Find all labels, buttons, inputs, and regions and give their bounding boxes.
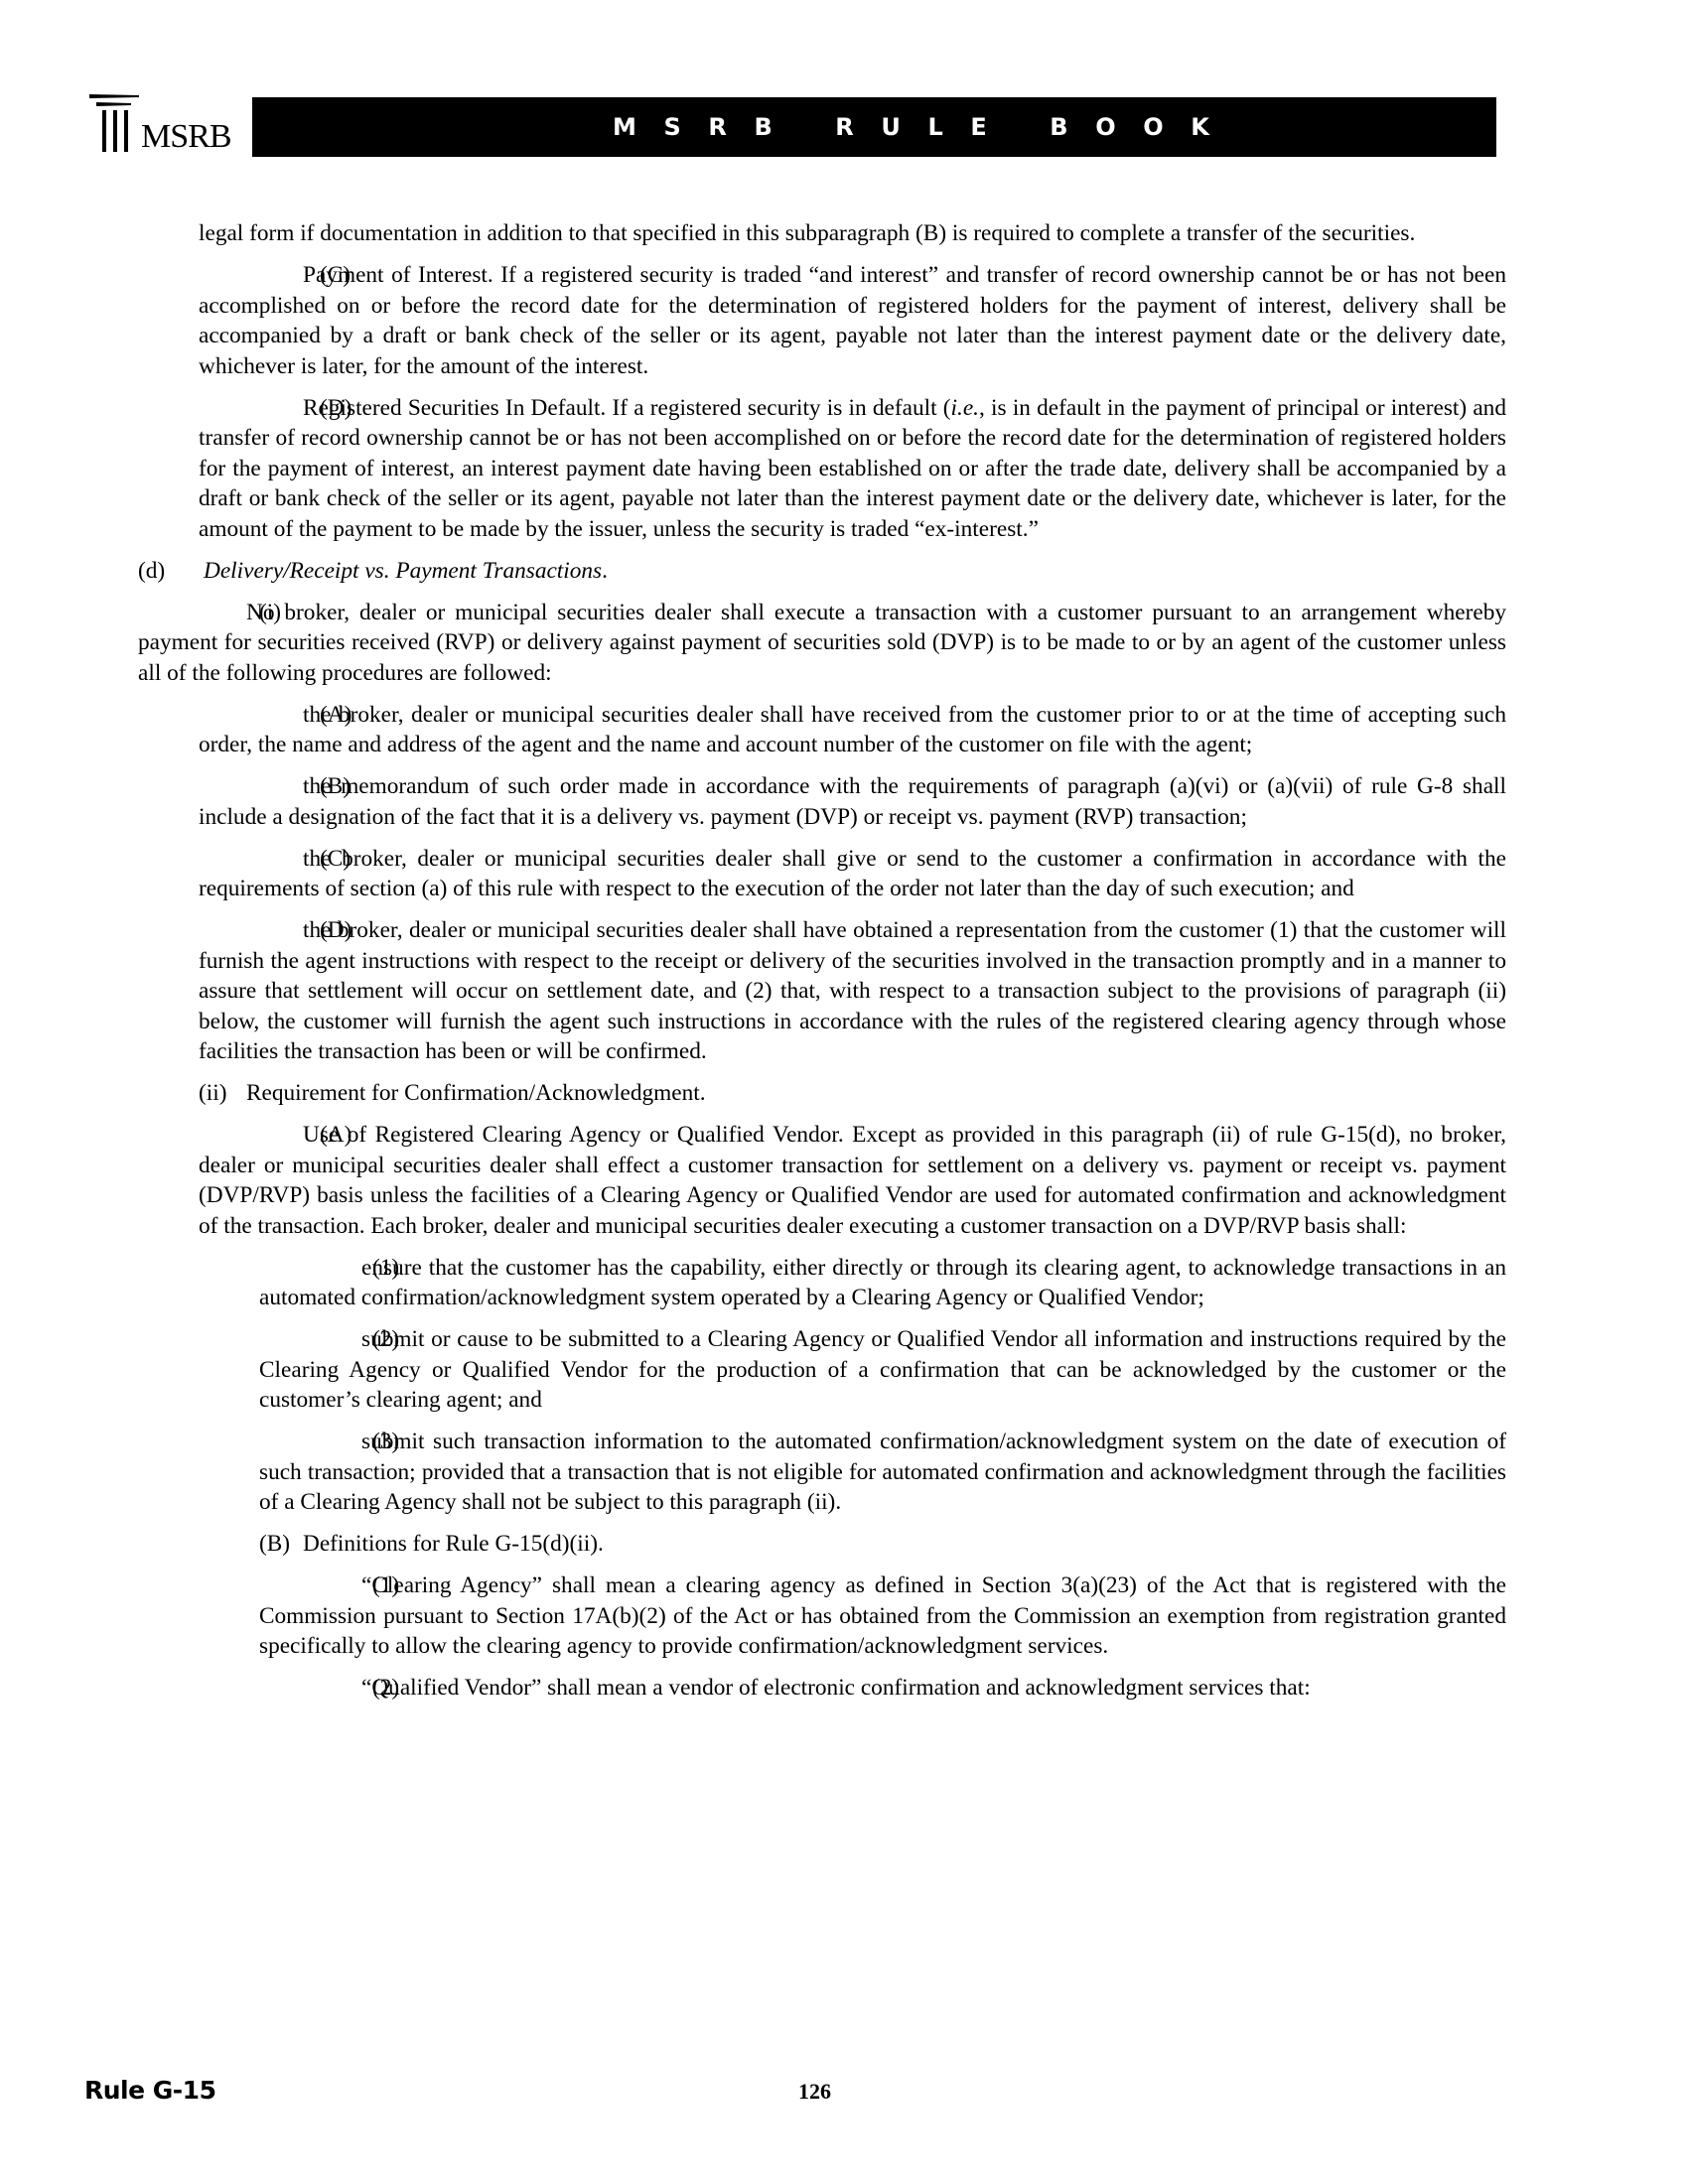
paragraph-label: (D) — [259, 915, 303, 946]
paragraph-text: “Clearing Agency” shall mean a clearing … — [259, 1572, 1506, 1659]
paragraph-text: legal form if documentation in addition … — [199, 220, 1415, 246]
paragraph-text: ensure that the customer has the capabil… — [259, 1255, 1506, 1311]
section-label: (d) — [138, 556, 204, 587]
paragraph-label: (B) — [259, 771, 303, 802]
section-title-period: . — [602, 558, 608, 584]
column-icon — [87, 92, 141, 154]
footer-rule-label: Rule G-15 — [84, 2076, 215, 2105]
paragraph-ii-heading: (ii)Requirement for Confirmation/Acknowl… — [199, 1078, 1506, 1109]
paragraph-text: submit or cause to be submitted to a Cle… — [259, 1326, 1506, 1413]
paragraph-text: the broker, dealer or municipal securiti… — [199, 846, 1506, 902]
logo-text: MSRB — [141, 120, 231, 154]
paragraph-label: (C) — [259, 844, 303, 875]
paragraph-label: (1) — [316, 1570, 361, 1601]
paragraph-ii-a-2: (2)submit or cause to be submitted to a … — [259, 1324, 1506, 1416]
paragraph-i-d: (D)the broker, dealer or municipal secur… — [199, 915, 1506, 1067]
paragraph-text: submit such transaction information to t… — [259, 1429, 1506, 1515]
paragraph-text-italic: i.e. — [951, 395, 979, 421]
paragraph-label: (B) — [259, 1529, 303, 1560]
paragraph-text: Payment of Interest. If a registered sec… — [199, 262, 1506, 379]
paragraph-ii-a: (A)Use of Registered Clearing Agency or … — [199, 1120, 1506, 1241]
paragraph-continuation: legal form if documentation in addition … — [199, 218, 1506, 249]
paragraph-ii-b-2: (2)“Qualified Vendor” shall mean a vendo… — [259, 1673, 1506, 1704]
paragraph-ii-a-3: (3)submit such transaction information t… — [259, 1427, 1506, 1518]
paragraph-text: the broker, dealer or municipal securiti… — [199, 702, 1506, 758]
paragraph-i-c: (C)the broker, dealer or municipal secur… — [199, 844, 1506, 904]
paragraph-d-registered-securities-in-default: (D)Registered Securities In Default. If … — [199, 393, 1506, 545]
paragraph-ii-b-1: (1)“Clearing Agency” shall mean a cleari… — [259, 1570, 1506, 1662]
paragraph-label: (i) — [199, 598, 246, 628]
paragraph-i-b: (B)the memorandum of such order made in … — [199, 771, 1506, 832]
paragraph-label: (2) — [316, 1324, 361, 1355]
paragraph-label: (A) — [259, 700, 303, 731]
section-title: Delivery/Receipt vs. Payment Transaction… — [204, 558, 602, 584]
paragraph-text: Registered Securities In Default. If a r… — [303, 395, 951, 421]
paragraph-text: “Qualified Vendor” shall mean a vendor o… — [361, 1675, 1311, 1701]
paragraph-label: (2) — [316, 1673, 361, 1704]
document-body: legal form if documentation in addition … — [138, 218, 1506, 1714]
paragraph-label: (A) — [259, 1120, 303, 1151]
paragraph-ii-a-1: (1)ensure that the customer has the capa… — [259, 1253, 1506, 1313]
header-title: MSRB RULE BOOK — [613, 109, 1236, 145]
paragraph-text: Use of Registered Clearing Agency or Qua… — [199, 1122, 1506, 1239]
paragraph-ii-b-heading: (B)Definitions for Rule G-15(d)(ii). — [259, 1529, 1506, 1560]
paragraph-label: (ii) — [199, 1078, 246, 1109]
paragraph-text: the memorandum of such order made in acc… — [199, 773, 1506, 830]
msrb-logo: MSRB — [87, 92, 236, 156]
paragraph-label: (D) — [259, 393, 303, 424]
paragraph-label: (C) — [259, 260, 303, 291]
paragraph-i: (i)No broker, dealer or municipal securi… — [138, 598, 1506, 689]
section-d-heading: (d)Delivery/Receipt vs. Payment Transact… — [138, 556, 1506, 587]
page-number: 126 — [798, 2079, 831, 2105]
paragraph-c-payment-of-interest: (C)Payment of Interest. If a registered … — [199, 260, 1506, 381]
paragraph-text: the broker, dealer or municipal securiti… — [199, 917, 1506, 1064]
paragraph-i-a: (A)the broker, dealer or municipal secur… — [199, 700, 1506, 760]
paragraph-label: (1) — [316, 1253, 361, 1284]
paragraph-label: (3) — [316, 1427, 361, 1457]
paragraph-text: No broker, dealer or municipal securitie… — [138, 600, 1506, 686]
paragraph-title: Definitions for Rule G-15(d)(ii). — [303, 1531, 604, 1557]
paragraph-title: Requirement for Confirmation/Acknowledgm… — [246, 1080, 706, 1106]
